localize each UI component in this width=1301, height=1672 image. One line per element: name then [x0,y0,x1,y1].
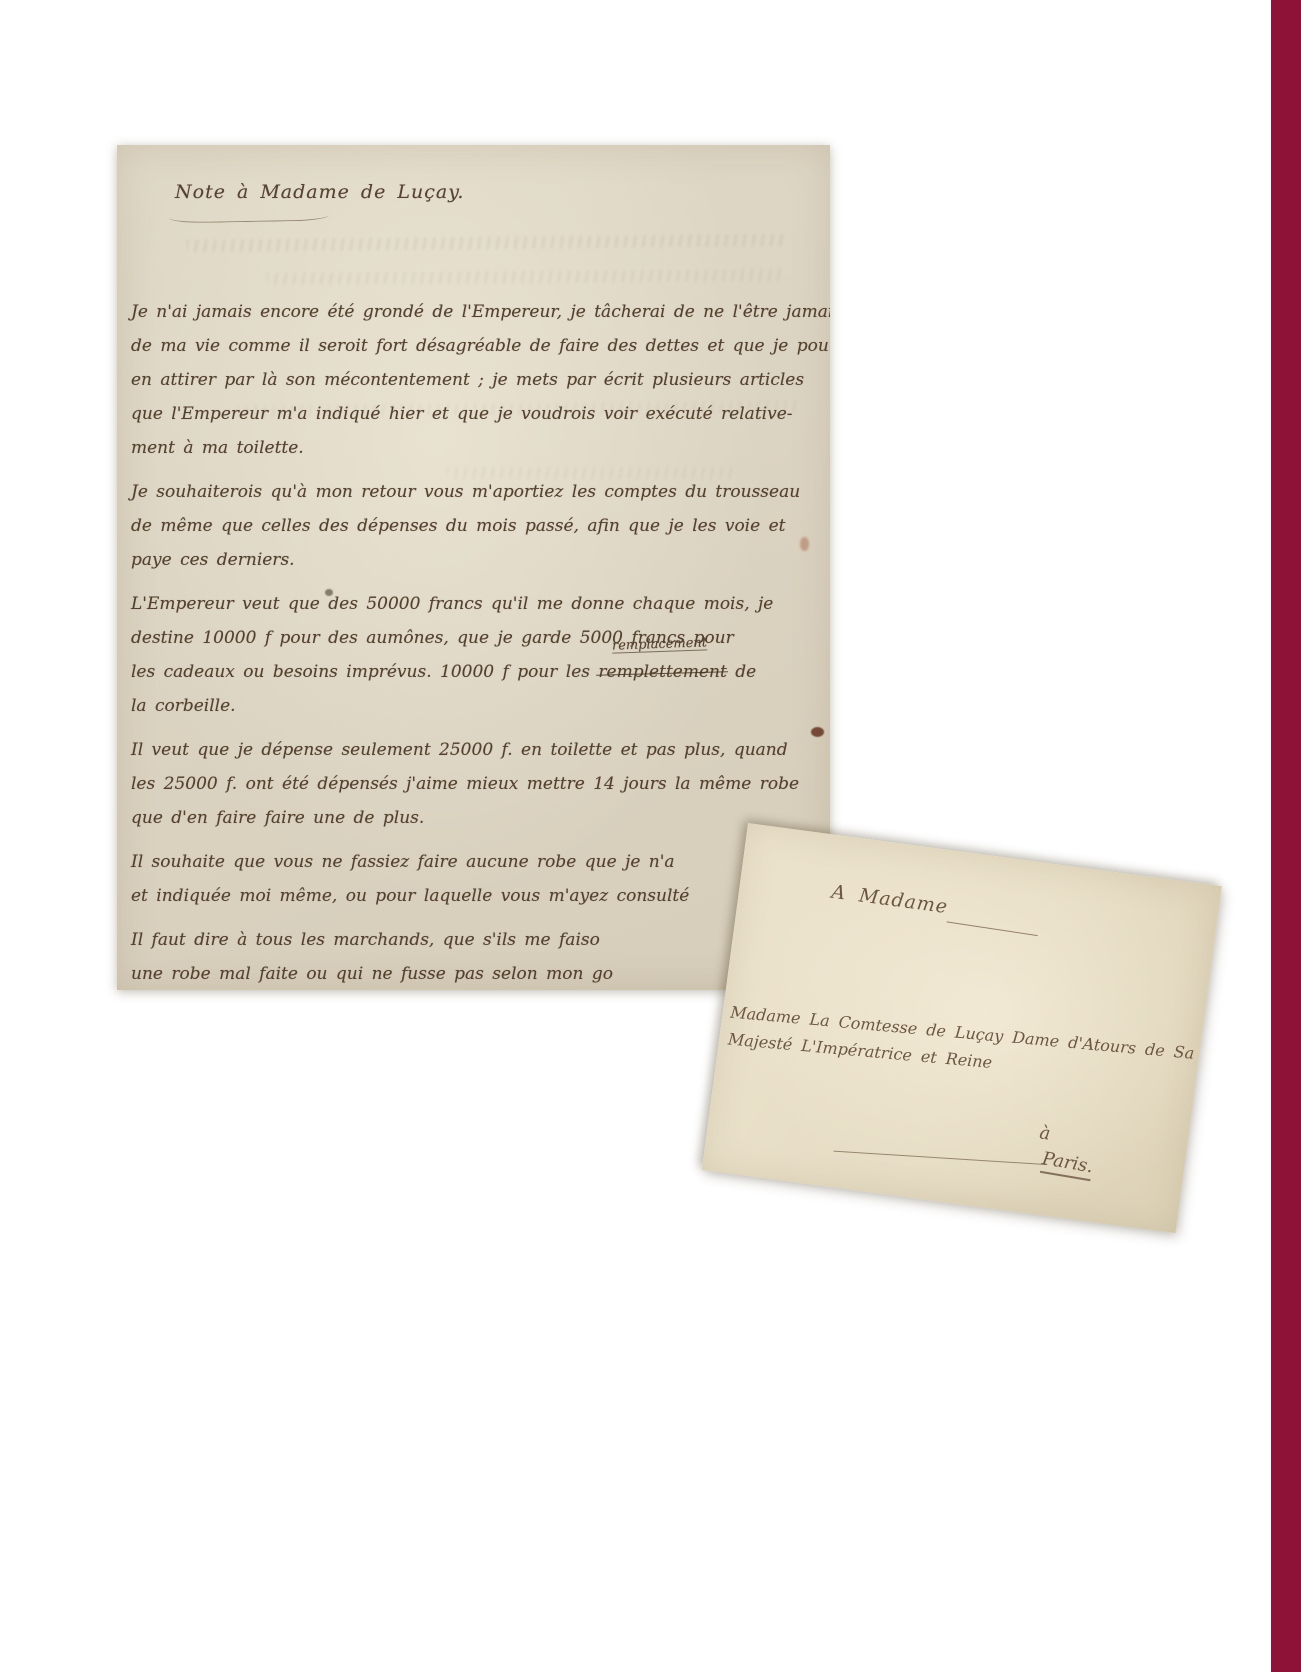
letter-line: Il veut que je dépense seulement 25000 f… [131,733,824,767]
letter-paragraph: Je souhaiterois qu'à mon retour vous m'a… [131,475,824,577]
letter-paragraph: L'Empereur veut que des 50000 francs qu'… [131,587,824,723]
destination-flourish-line [834,1151,1048,1165]
struck-word: remplettement [598,662,726,682]
letter-line: Il souhaite que vous ne fassiez faire au… [131,845,824,879]
letter-line: de ma vie comme il seroit fort désagréab… [131,329,824,363]
letter-line: et indiquée moi même, ou pour laquelle v… [131,879,824,913]
bleed-through-smudge [267,269,787,285]
letter-line: destine 10000 f pour des aumônes, que je… [131,621,824,655]
title-underline-flourish [169,210,329,224]
letter-sheet: Note à Madame de Luçay. Je n'ai jamais e… [117,145,830,990]
letter-line: en attirer par là son mécontentement ; j… [131,363,824,397]
accent-bar [1271,0,1301,1672]
letter-line: Je souhaiterois qu'à mon retour vous m'a… [131,475,824,509]
envelope-sheet: A Madame Madame La Comtesse de Luçay Dam… [702,823,1222,1233]
envelope-destination: à Paris. [702,823,1222,1233]
letter-line: la corbeille. [131,689,824,723]
correction-wrap: remplettementremplacement [598,655,726,689]
letter-body: Je n'ai jamais encore été grondé de l'Em… [131,295,824,990]
letter-line-with-correction: les cadeaux ou besoins imprévus. 10000 f… [131,655,824,689]
letter-line: Il faut dire à tous les marchands, que s… [131,923,824,957]
letter-title: Note à Madame de Luçay. [175,181,464,203]
letter-line: paye ces derniers. [131,543,824,577]
letter-line: ment à ma toilette. [131,431,824,465]
destination-city: Paris. [1040,1148,1095,1181]
letter-paragraph: Je n'ai jamais encore été grondé de l'Em… [131,295,824,465]
letter-line: que d'en faire faire une de plus. [131,801,824,835]
letter-line: Je n'ai jamais encore été grondé de l'Em… [131,295,824,329]
letter-paragraph: Il faut dire à tous les marchands, que s… [131,923,824,990]
letter-paragraph: Il veut que je dépense seulement 25000 f… [131,733,824,835]
letter-line: de même que celles des dépenses du mois … [131,509,824,543]
letter-paragraph: Il souhaite que vous ne fassiez faire au… [131,845,824,913]
letter-line: une robe mal faite ou qui ne fusse pas s… [131,957,824,990]
letter-line: les 25000 f. ont été dépensés j'aime mie… [131,767,824,801]
correction-before-text: les cadeaux ou besoins imprévus. 10000 f… [131,662,598,682]
letter-line: que l'Empereur m'a indiqué hier et que j… [131,397,824,431]
correction-after-text: de [727,662,756,682]
bleed-through-smudge [187,234,787,252]
letter-line: L'Empereur veut que des 50000 francs qu'… [131,587,824,621]
destination-prefix: à [1038,1122,1051,1144]
